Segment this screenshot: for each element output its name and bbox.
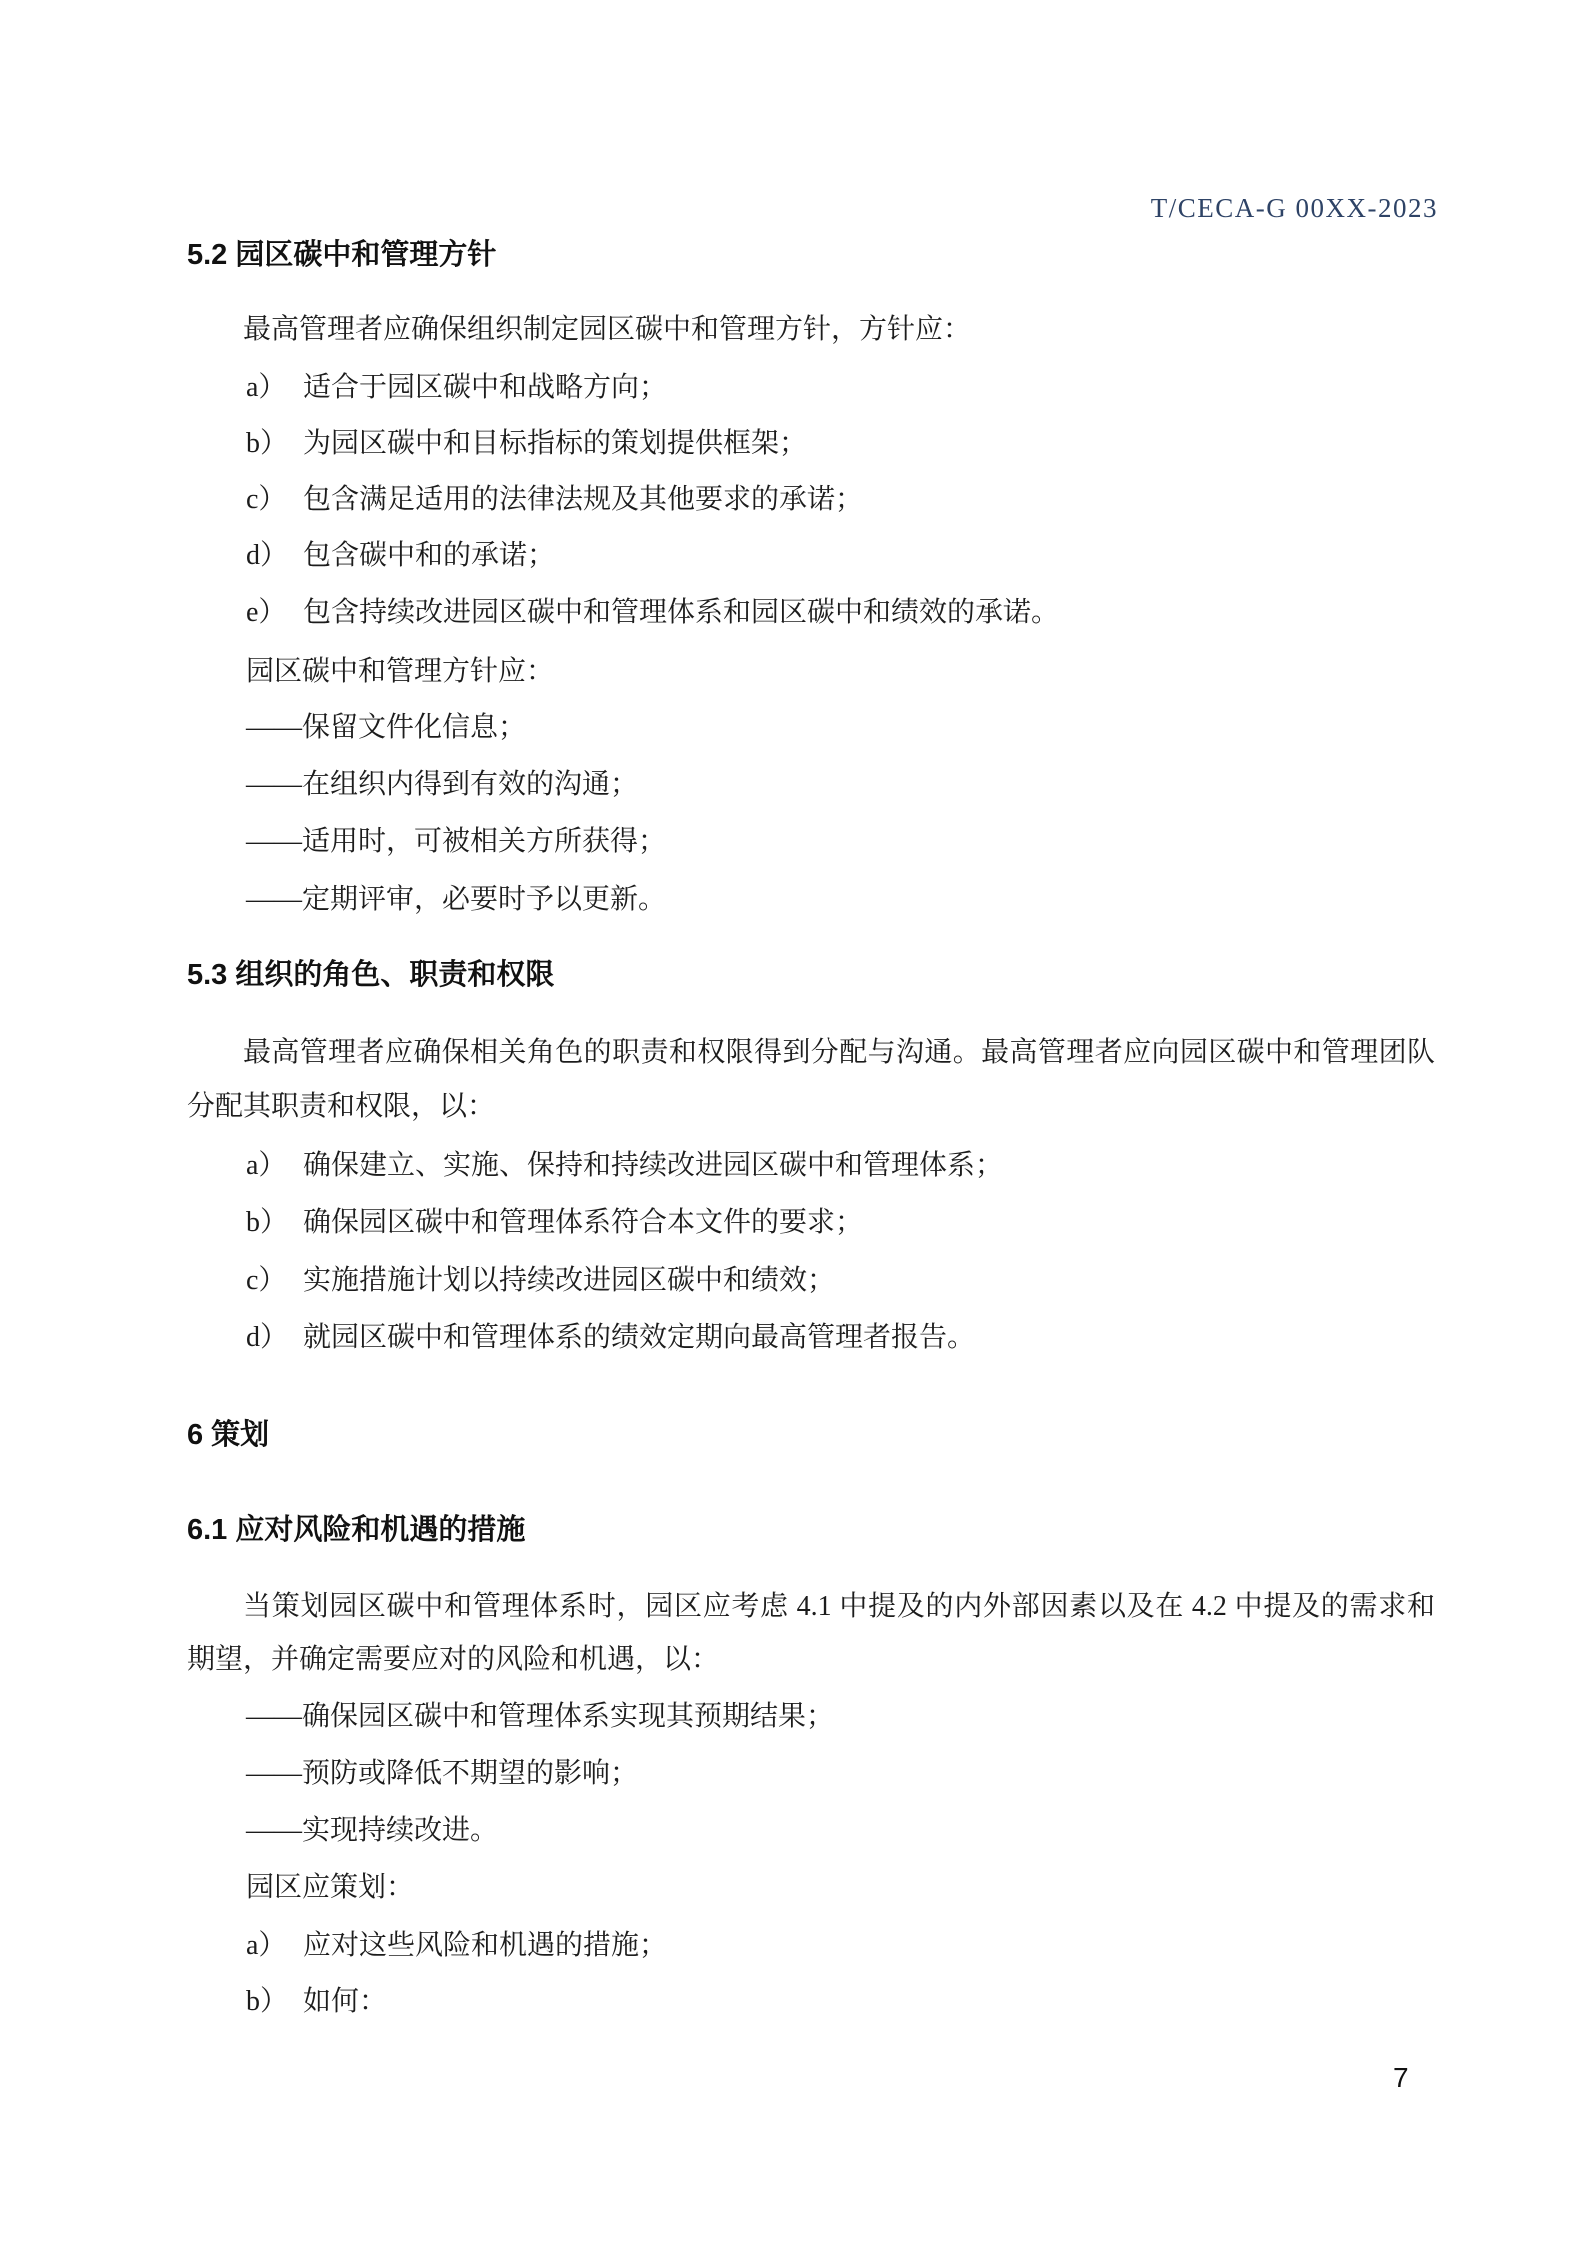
list-item: a）适合于园区碳中和战略方向； <box>246 371 667 405</box>
list-item: b）为园区碳中和目标指标的策划提供框架； <box>246 427 807 461</box>
dash-item: ——定期评审，必要时予以更新。 <box>246 883 666 917</box>
section-5-2-heading: 5.2 园区碳中和管理方针 <box>187 238 496 272</box>
list-item-label: c） <box>246 483 303 517</box>
document-page: T/CECA-G 00XX-2023 5.2 园区碳中和管理方针 最高管理者应确… <box>0 0 1588 2245</box>
list-item-text: 就园区碳中和管理体系的绩效定期向最高管理者报告。 <box>303 1322 975 1353</box>
list-item: a）确保建立、实施、保持和持续改进园区碳中和管理体系； <box>246 1149 1003 1183</box>
list-item-label: c） <box>246 1264 303 1298</box>
list-item-label: e） <box>246 596 303 630</box>
dash-item: ——实现持续改进。 <box>246 1814 498 1848</box>
standard-number-header: T/CECA-G 00XX-2023 <box>1151 191 1438 225</box>
section-6-1-heading: 6.1 应对风险和机遇的措施 <box>187 1513 525 1547</box>
list-item-label: b） <box>246 1206 303 1240</box>
list-item: c）包含满足适用的法律法规及其他要求的承诺； <box>246 483 863 517</box>
list-item: b）如何： <box>246 1985 387 2019</box>
section-5-3-paragraph-line1: 最高管理者应确保相关角色的职责和权限得到分配与沟通。最高管理者应向园区碳中和管理… <box>243 1036 1435 1070</box>
list-item-text: 实施措施计划以持续改进园区碳中和绩效； <box>303 1265 835 1296</box>
list-item-text: 确保园区碳中和管理体系符合本文件的要求； <box>303 1207 863 1238</box>
list-item: d）就园区碳中和管理体系的绩效定期向最高管理者报告。 <box>246 1321 975 1355</box>
list-item-label: b） <box>246 427 303 461</box>
list-item-label: a） <box>246 1149 303 1183</box>
list-item-text: 应对这些风险和机遇的措施； <box>303 1930 667 1961</box>
list-item-text: 如何： <box>303 1986 387 2017</box>
dash-item: ——在组织内得到有效的沟通； <box>246 768 638 802</box>
list-item-label: a） <box>246 371 303 405</box>
dash-item: ——确保园区碳中和管理体系实现其预期结果； <box>246 1700 834 1734</box>
list-item-text: 包含持续改进园区碳中和管理体系和园区碳中和绩效的承诺。 <box>303 597 1059 628</box>
section-5-3-paragraph-line2: 分配其职责和权限，以： <box>187 1090 495 1124</box>
dash-item: ——保留文件化信息； <box>246 711 526 745</box>
list-item-text: 确保建立、实施、保持和持续改进园区碳中和管理体系； <box>303 1150 1003 1181</box>
section-6-1-paragraph-line1: 当策划园区碳中和管理体系时，园区应考虑 4.1 中提及的内外部因素以及在 4.2… <box>243 1590 1435 1624</box>
section-6-1-paragraph-line2: 期望，并确定需要应对的风险和机遇，以： <box>187 1643 719 1677</box>
page-number: 7 <box>1393 2061 1409 2095</box>
list-item-text: 适合于园区碳中和战略方向； <box>303 372 667 403</box>
list-item-label: d） <box>246 539 303 573</box>
plan-lead-in: 园区应策划： <box>246 1871 414 1905</box>
list-item-text: 包含碳中和的承诺； <box>303 540 555 571</box>
list-item-text: 包含满足适用的法律法规及其他要求的承诺； <box>303 484 863 515</box>
dash-item: ——预防或降低不期望的影响； <box>246 1757 638 1791</box>
section-5-2-intro: 最高管理者应确保组织制定园区碳中和管理方针，方针应： <box>243 313 971 347</box>
list-item: c）实施措施计划以持续改进园区碳中和绩效； <box>246 1264 835 1298</box>
policy-lead-in: 园区碳中和管理方针应： <box>246 655 554 689</box>
list-item: b）确保园区碳中和管理体系符合本文件的要求； <box>246 1206 863 1240</box>
dash-item: ——适用时，可被相关方所获得； <box>246 825 666 859</box>
list-item-label: d） <box>246 1321 303 1355</box>
chapter-6-heading: 6 策划 <box>187 1418 269 1452</box>
list-item: a）应对这些风险和机遇的措施； <box>246 1929 667 1963</box>
list-item: e）包含持续改进园区碳中和管理体系和园区碳中和绩效的承诺。 <box>246 596 1059 630</box>
list-item-text: 为园区碳中和目标指标的策划提供框架； <box>303 428 807 459</box>
list-item-label: b） <box>246 1985 303 2019</box>
list-item: d）包含碳中和的承诺； <box>246 539 555 573</box>
section-5-3-heading: 5.3 组织的角色、职责和权限 <box>187 958 554 992</box>
list-item-label: a） <box>246 1929 303 1963</box>
